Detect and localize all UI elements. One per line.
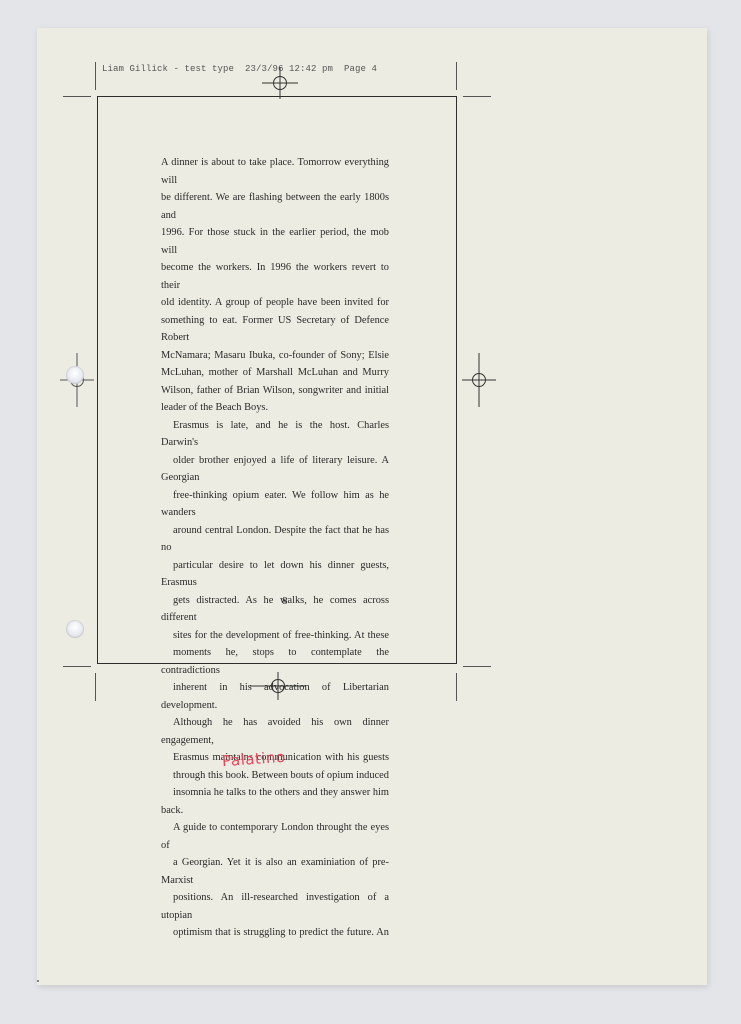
text-line: older brother enjoyed a life of literary… [161,452,389,487]
text-line: 1996. For those stuck in the earlier per… [161,224,389,259]
punch-hole-lower [66,620,84,638]
text-line: McLuhan, mother of Marshall McLuhan and … [161,364,389,382]
text-line: particular desire to let down his dinner… [161,557,389,592]
crop-mark-bottom-left-vertical [95,673,96,701]
punch-hole-upper [66,366,84,384]
text-line: become the workers. In 1996 the workers … [161,259,389,294]
crop-mark-top-left-vertical [95,62,96,90]
text-line: optimism that is struggling to predict t… [161,924,389,942]
text-line: old identity. A group of people have bee… [161,294,389,312]
text-line: through this book. Between bouts of opiu… [161,767,389,785]
text-line: moments he, stops to contemplate the con… [161,644,389,679]
text-line: leader of the Beach Boys. [161,399,389,417]
crop-mark-top-right-vertical [456,62,457,90]
text-line: Although he has avoided his own dinner e… [161,714,389,749]
crop-mark-top-right-horizontal [463,96,491,97]
crop-mark-top-left-horizontal [63,96,91,97]
text-line: be different. We are flashing between th… [161,189,389,224]
crop-mark-bottom-right-vertical [456,673,457,701]
text-line: sites for the development of free-thinki… [161,627,389,645]
paragraph-1: A dinner is about to take place. Tomorro… [161,154,389,417]
text-line: inherent in his advocation of Libertaria… [161,679,389,714]
crop-mark-bottom-left-horizontal [63,666,91,667]
text-line: around central London. Despite the fact … [161,522,389,557]
page-number: 8 [282,595,288,607]
text-line: A guide to contemporary London throught … [161,819,389,854]
text-line: free-thinking opium eater. We follow him… [161,487,389,522]
paper-speck [37,980,39,982]
print-header: Liam Gillick - test type 23/3/96 12:42 p… [102,64,377,74]
text-line: something to eat. Former US Secretary of… [161,312,389,347]
text-line: Erasmus is late, and he is the host. Cha… [161,417,389,452]
text-line: positions. An ill-researched investigati… [161,889,389,924]
text-line: a Georgian. Yet it is also an examiniati… [161,854,389,889]
registration-mark-right-icon [462,353,496,407]
body-text: A dinner is about to take place. Tomorro… [161,154,389,942]
text-line: gets distracted. As he walks, he comes a… [161,592,389,627]
text-line: insomnia he talks to the others and they… [161,784,389,819]
crop-mark-bottom-right-horizontal [463,666,491,667]
paragraph-3: A guide to contemporary London throught … [161,819,389,942]
text-line: Wilson, father of Brian Wilson, songwrit… [161,382,389,400]
text-line: A dinner is about to take place. Tomorro… [161,154,389,189]
text-line: McNamara; Masaru Ibuka, co-founder of So… [161,347,389,365]
